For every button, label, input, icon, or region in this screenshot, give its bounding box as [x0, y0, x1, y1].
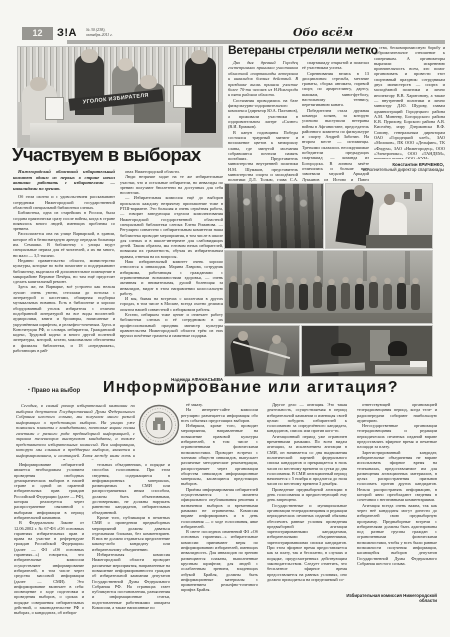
elections-column-2: онах Нижегородской области.Люди незрячие… — [120, 169, 223, 375]
shooter-figure — [388, 341, 408, 356]
paragraph: Наш избирательный комитет очень хорошо о… — [120, 259, 223, 296]
newspaper-page: 12 З!А № 30 (238), октябрь 2011 г. Обо в… — [0, 0, 450, 637]
paragraph: В канун годовщины Победы состоялся траур… — [228, 130, 298, 182]
diploma — [45, 97, 64, 120]
person-head — [238, 331, 248, 341]
paragraph: Кстати, избирком тоже ценит и отмечает р… — [120, 312, 223, 338]
person-head — [140, 75, 156, 89]
table — [310, 363, 365, 374]
paragraph: Приёмы информирования избирателей осущес… — [181, 487, 258, 529]
paragraph: ства, бескомпромиссную борьбу и доброжел… — [374, 45, 445, 159]
table — [366, 235, 432, 248]
paragraph: Здесь же, на Варварке, всё устроено как … — [13, 284, 115, 353]
paragraph: Недавно правительство области, министерс… — [13, 258, 115, 284]
agitation-column-3: её заказу.На интернет-сайте комиссии рег… — [181, 402, 258, 625]
agitation-column-4: Другое дело — агитация. Это такая деятел… — [267, 402, 347, 625]
photo-veterans-lineup — [225, 251, 432, 323]
veterans-column-1: Два дня древний Городец гостеприимно при… — [228, 60, 298, 182]
paragraph: Люди незрячие ходят на те же избирательн… — [120, 174, 223, 195]
photo-voters-corner: УГОЛОК ИЗБИРАТЕЛЯ — [18, 47, 222, 147]
wall-frame — [404, 192, 409, 200]
paragraph: Об этом охотно и с удовольствием рассказ… — [13, 194, 115, 210]
lineup-illustration — [225, 251, 432, 323]
paragraph: Агитация всегда очень важна, так как чер… — [357, 503, 437, 567]
elections-intro: Нижегородский областной избирательный ко… — [13, 169, 115, 191]
photo-tug-of-war — [225, 326, 299, 376]
paragraph: Агитационный период уже ограничен времен… — [267, 434, 347, 487]
newspaper-logo: З!А — [57, 26, 77, 40]
paragraph: Избирком, кроме того, проводит мероприят… — [181, 423, 258, 487]
paragraph: Зарегистрированный кандидат, избирательн… — [357, 450, 437, 503]
paragraph: Состязания проводились на базе физкульту… — [228, 98, 298, 130]
wall-frame — [415, 189, 422, 201]
shooter-figure — [331, 343, 352, 356]
agitation-intro: Сегодня, в самый разгар избирательной ка… — [16, 403, 135, 460]
issue-date: октябрь 2011 г. — [86, 33, 113, 38]
person-head — [81, 49, 97, 63]
paragraph: Избирательная комиссия Нижегородской обл… — [92, 552, 170, 610]
headline-agitation: Информирование или агитация? — [103, 379, 439, 397]
veterans-intro: Два дня древний Городец гостеприимно при… — [228, 60, 298, 98]
paragraph: Негосударственные организации телерадиов… — [357, 423, 437, 449]
diploma — [173, 85, 192, 108]
election-commission-seal — [138, 404, 180, 446]
paragraph: Библиотека, одна из старейших в России, … — [13, 210, 115, 231]
paragraph: Кроме того, публикации в печатных СМИ о … — [92, 515, 170, 552]
paragraph: Другое дело — агитация. Это такая деятел… — [267, 402, 347, 434]
photo-arm-wrestling — [326, 184, 432, 248]
issue-info: № 30 (238), октябрь 2011 г. — [86, 28, 113, 38]
paragraph: На интернет-сайте комиссии регулярно раз… — [181, 407, 258, 423]
person-head — [30, 77, 46, 91]
agitation-column-1: Информирование избирателей является необ… — [14, 462, 84, 625]
paragraph: И мы, бывая на встречах с коллегами в др… — [120, 296, 223, 312]
paragraph: ответствующей организацией телерадиовеща… — [357, 402, 437, 423]
section-title: Обо всём — [268, 26, 378, 39]
agitation-column-5: ответствующей организацией телерадиовеща… — [357, 402, 437, 590]
paragraph: тельных объединениях, о порядке и способ… — [92, 462, 170, 515]
page-number: 12 — [22, 27, 53, 40]
signature-election-commission: Избирательная комиссия Нижегородской обл… — [340, 593, 437, 604]
paragraph: спартакиаду открытой и пожелал её участн… — [302, 60, 369, 71]
agitation-column-2: тельных объединениях, о порядке и способ… — [92, 462, 170, 625]
score-sheet — [410, 361, 427, 367]
paragraph: — Избирательная комиссия ещё до выборов … — [120, 195, 223, 259]
paragraph: В свете последних изменений ФЗ «Об основ… — [181, 529, 258, 593]
photo-spectators — [225, 184, 323, 248]
paragraph: Информирование избирателей является необ… — [14, 462, 84, 520]
headline-veterans: Ветераны стреляли метко — [228, 43, 378, 57]
paragraph: Располагается она на улице Варварской, в… — [13, 231, 115, 257]
paragraph: Проведение предвыборной агитации в день … — [267, 487, 347, 503]
paragraph: В Федеральном Законе от 12.06.2002 г. № … — [14, 520, 84, 615]
photo-shooting-range — [302, 326, 432, 376]
signature-krichenko: Константин КРИЧЕНКО, исполнительный дире… — [344, 162, 444, 173]
kicker-right-to-choose: ▪ Право на выбор — [28, 387, 80, 395]
person-head — [354, 185, 366, 197]
veterans-column-3: ства, бескомпромиссную борьбу и доброжел… — [374, 45, 445, 159]
person-head — [384, 194, 395, 205]
paragraph: Государственные и муниципальные организа… — [267, 503, 347, 582]
paragraph: Соревнования велись в 13 дисциплинах: ст… — [302, 71, 369, 108]
person-head — [191, 50, 207, 64]
headline-elections: Участвуем в выборах — [12, 145, 226, 165]
elections-column-1: Нижегородский областной избирательный ко… — [13, 169, 115, 382]
kicker-bullet-icon: ▪ — [28, 387, 30, 393]
